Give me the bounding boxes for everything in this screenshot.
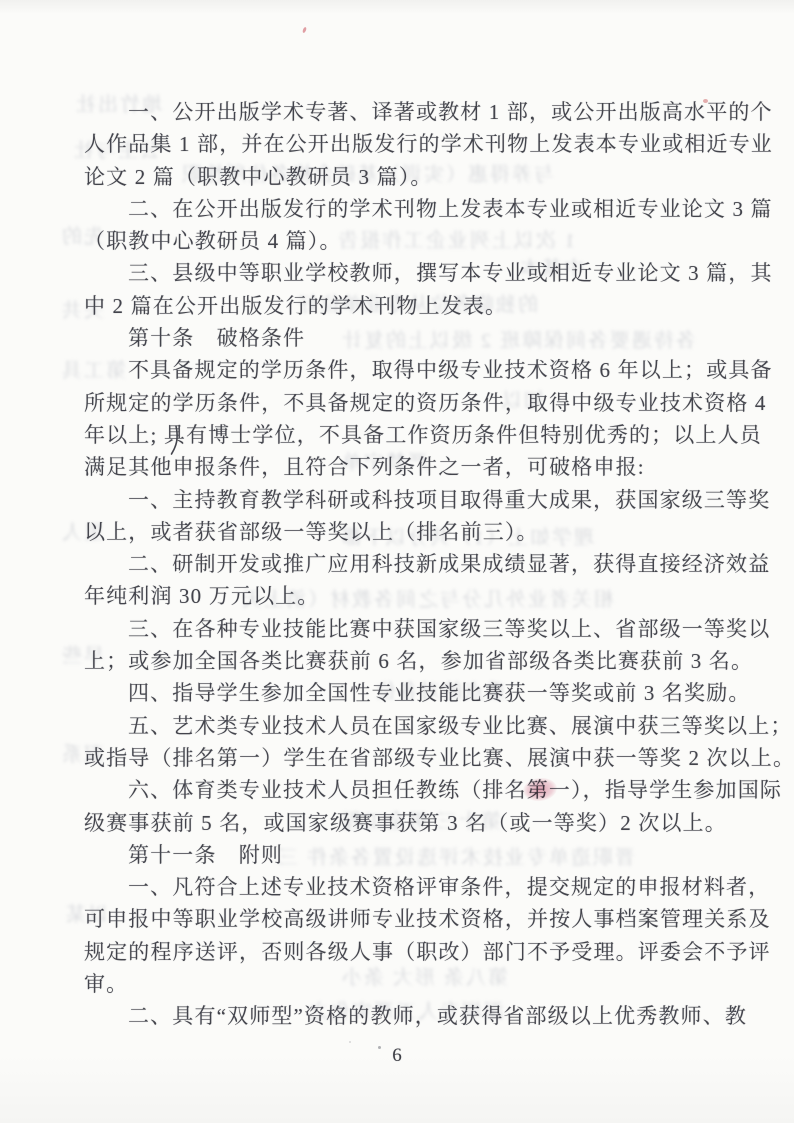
text-line: 一、公开出版学术专著、译著或教材 1 部，或公开出版高水平的个 bbox=[84, 96, 752, 128]
page-number: 6 bbox=[0, 1045, 794, 1067]
text-line: 审。 bbox=[84, 968, 752, 1000]
text-line: 一、凡符合上述专业技术资格评审条件，提交规定的申报材料者， bbox=[84, 871, 752, 903]
text-line: 四、指导学生参加全国性专业技能比赛获一等奖或前 3 名奖励。 bbox=[84, 677, 752, 709]
document-page: 地竹出社公主与社与养得惠（实训）基础合格各住所性职先的1 次以上列业企工作报告中… bbox=[0, 0, 794, 1123]
document-body: 一、公开出版学术专著、译著或教材 1 部，或公开出版高水平的个人作品集 1 部，… bbox=[84, 96, 752, 1033]
text-line: （职教中心教研员 4 篇）。 bbox=[84, 225, 752, 257]
text-line: 五、艺术类专业技术人员在国家级专业比赛、展演中获三等奖以上； bbox=[84, 710, 752, 742]
text-line: 人作品集 1 部，并在公开出版发行的学术刊物上发表本专业或相近专业 bbox=[84, 128, 752, 160]
text-line: 六、体育类专业技术人员担任教练（排名第一），指导学生参加国际 bbox=[84, 774, 752, 806]
text-line: 一、主持教育教学科研或科技项目取得重大成果，获国家级三等奖 bbox=[84, 484, 752, 516]
text-line: 规定的程序送评，否则各级人事（职改）部门不予受理。评委会不予评 bbox=[84, 936, 752, 968]
red-speck bbox=[703, 99, 708, 103]
text-line: 三、县级中等职业学校教师，撰写本专业或相近专业论文 3 篇，其 bbox=[84, 257, 752, 289]
text-line: 二、在公开出版发行的学术刊物上发表本专业或相近专业论文 3 篇 bbox=[84, 193, 752, 225]
text-line: 第十条 破格条件 bbox=[84, 322, 752, 354]
scan-dot bbox=[349, 1041, 351, 1043]
text-line: 二、具有“双师型”资格的教师，或获得省部级以上优秀教师、教 bbox=[84, 1000, 752, 1032]
text-line: 年以上; 具有博士学位，不具备工作资历条件但特别优秀的；以上人员 bbox=[84, 419, 752, 451]
text-line: 所规定的学历条件，不具备规定的资历条件，取得中级专业技术资格 4 bbox=[84, 387, 752, 419]
text-line: 三、在各种专业技能比赛中获国家级三等奖以上、省部级一等奖以 bbox=[84, 613, 752, 645]
text-line: 年纯利润 30 万元以上。 bbox=[84, 580, 752, 612]
text-line: 或指导（排名第一）学生在省部级专业比赛、展演中获一等奖 2 次以上。 bbox=[84, 742, 752, 774]
text-line: 二、研制开发或推广应用科技新成果成绩显著，获得直接经济效益 bbox=[84, 548, 752, 580]
text-line: 级赛事获前 5 名，或国家级赛事获第 3 名（或一等奖）2 次以上。 bbox=[84, 807, 752, 839]
text-line: 满足其他申报条件，且符合下列条件之一者，可破格申报: bbox=[84, 451, 752, 483]
pen-stroke-mark bbox=[168, 424, 182, 456]
text-line: 以上，或者获省部级一等奖以上（排名前三）。 bbox=[84, 516, 752, 548]
text-line: 可申报中等职业学校高级讲师专业技术资格，并按人事档案管理关系及 bbox=[84, 903, 752, 935]
text-line: 上；或参加全国各类比赛获前 6 名，参加省部级各类比赛获前 3 名。 bbox=[84, 645, 752, 677]
text-line: 中 2 篇在公开出版发行的学术刊物上发表。 bbox=[84, 290, 752, 322]
text-line: 论文 2 篇（职教中心教研员 3 篇）。 bbox=[84, 161, 752, 193]
text-line: 第十一条 附则 bbox=[84, 839, 752, 871]
text-line: 不具备规定的学历条件，取得中级专业技术资格 6 年以上；或具备 bbox=[84, 354, 752, 386]
